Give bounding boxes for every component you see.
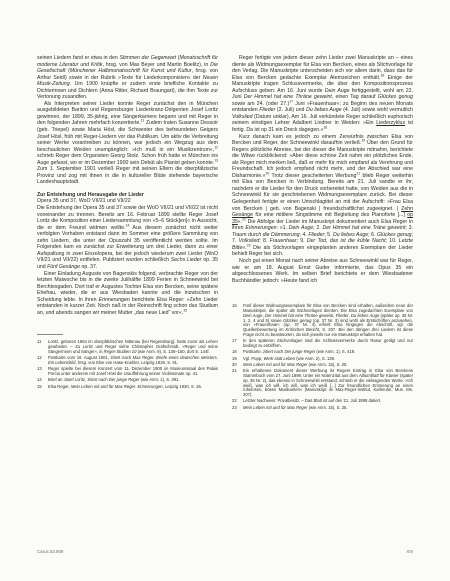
right-footnote-list: 16Fünf dieser Widmungsexemplare für Elsa…: [232, 304, 413, 410]
text-run: (wie Anm. 15), S. 25.: [307, 362, 347, 367]
text-run: ; 6.: [368, 232, 377, 238]
footnote-number: 19: [232, 357, 237, 362]
text-run: (wie Anm. 2), S. 139.: [295, 356, 335, 361]
text-run: Der Tod, das ist die kühle Nacht: [307, 238, 386, 244]
text-run: (wie Anm. 1), S. 419.: [315, 349, 355, 354]
text-run: blieb Reger weiterhin mit Elsa von Berck…: [232, 173, 413, 212]
text-run: Dein Auge: [325, 88, 350, 94]
text-run: Der junge Reger: [284, 349, 315, 354]
footnote-item: 20Mein Leben mit und für Max Reger (wie …: [232, 363, 413, 368]
text-run: schrieb Reger dem Organisten Georg Stolz…: [37, 153, 218, 166]
text-run: op. 37.: [80, 264, 97, 270]
page-content: seinen Liedern fand er etwa in den Stimm…: [37, 55, 413, 412]
text-run: sowie am 24. (oder 27.): [232, 101, 289, 107]
footnote-reference: 12: [214, 145, 218, 149]
text-run: Flieder: [259, 107, 275, 113]
text-run: Trotz dieser gescheiterten Werbung: [269, 173, 356, 179]
left-column: seinen Liedern fand er etwa in den Stimm…: [37, 55, 218, 412]
paragraph: seinen Liedern fand er etwa in den Stimm…: [37, 55, 218, 101]
text-run: Der Himmel hat eine Träne geweint: [322, 225, 405, 231]
text-run: Glückes genug: [378, 94, 413, 100]
right-column-body: Reger fertigte von jedem dieser zehn Lie…: [232, 55, 413, 284]
footnote-reference: 15: [183, 308, 187, 312]
catalog-number: Carus 52.809: [37, 549, 63, 554]
paragraph: Als Interpreten seiner Lieder konnte Reg…: [37, 101, 218, 186]
text-run: Frauenhaar: [270, 238, 297, 244]
text-run: Dein Auge: [289, 225, 313, 231]
text-run: Sechs Lieder: [171, 257, 202, 263]
text-run: Stimmen der Gegenwart: [119, 55, 176, 61]
footnote-number: 22: [232, 399, 237, 404]
footnote-item: 14Brief an Josef Loritz, zitiert nach De…: [37, 378, 218, 383]
text-run: Opera 35 und 37, WoO VII/21 und VII/22: [37, 198, 131, 204]
text-run: (wie Anm. 15), S. 25.: [307, 405, 347, 410]
text-run: , hrsg. von Max Beyer und Martin Boelitz…: [102, 62, 210, 68]
footnote-item: 17In den späteren Stichvorlagen sind die…: [232, 339, 413, 349]
text-run: Zur Entstehung und Herausgabe der Lieder: [37, 192, 144, 198]
footnote-number: 12: [37, 356, 42, 361]
paragraph: Reger fertigte von jedem dieser zehn Lie…: [232, 55, 413, 134]
footnote-item: 15Elsa Reger, Mein Leben mit und für Max…: [37, 385, 218, 390]
footnote-number: 18: [232, 350, 237, 355]
page-number: XIII: [406, 549, 413, 554]
text-run: Glückes genug: [377, 232, 412, 238]
text-run: (2. Juli) und: [275, 107, 306, 113]
text-run: , hrsg. von Else von Hase-Koehler, Leipz…: [75, 360, 178, 365]
text-run: Fünf dieser Widmungsexemplare für Elsa v…: [243, 303, 413, 313]
footnote-item: 21Ein erhaltenes Dokument dieser Werbung…: [232, 369, 413, 398]
text-run: : »1.: [276, 225, 288, 231]
text-run: Brief an Josef Loritz, zitiert nach: [48, 377, 109, 382]
footnote-number: 14: [37, 378, 42, 383]
left-column-body: seinen Liedern fand er etwa in den Stimm…: [37, 55, 218, 316]
page-footer: Carus 52.809 XIII: [37, 549, 413, 554]
text-run: Fünf Gesänge: [47, 264, 80, 270]
footnote-number: 23: [232, 406, 237, 411]
footnote-separator-rule: [37, 334, 63, 335]
text-run: ; 8.: [259, 238, 269, 244]
text-run: Der Himmel hat eine Thräne geweint: [244, 94, 332, 100]
footnote-number: 21: [232, 369, 237, 374]
text-run: seinen Liedern fand er etwa in den: [37, 55, 119, 61]
text-run: Zum 1. September 1901 verließ Reger mit …: [37, 166, 218, 185]
text-run: Du liebes Auge: [306, 107, 341, 113]
text-run: Erinnerungen: [245, 225, 276, 231]
paragraph: Einer Einladung Auguste von Bagenskis fo…: [37, 271, 218, 317]
text-run: Erinnerungen: [99, 297, 130, 303]
text-run: ; 10.: [386, 238, 399, 244]
text-run: Vgl. Popp,: [243, 356, 264, 361]
footnote-number: 15: [37, 385, 42, 390]
text-run: Du liebes Auge: [333, 232, 368, 238]
text-run: Die als Stichvorlagen eingeplanten ander…: [232, 245, 413, 258]
paragraph: Noch gut einen Monat nach seiner Abreise…: [232, 258, 413, 284]
footnote-number: 16: [232, 304, 237, 309]
footnote-number: 13: [37, 367, 42, 372]
text-run: ; 5.: [324, 232, 333, 238]
text-run: Der junge Reger: [109, 377, 140, 382]
text-run: (4. Juli) sowie wohl vermutlich: [342, 107, 413, 113]
text-run: , Leipzig 1930, S. 25.: [163, 384, 202, 389]
text-run: ; 3.: [405, 225, 413, 231]
text-run: Letzter Nachweis: Privatbesitz. – Das Bl…: [243, 398, 381, 403]
footnote-item: 22Letzter Nachweis: Privatbesitz. – Das …: [232, 399, 413, 404]
left-footnote-list: 11Loritz, geboren 1864 im oberpfälzische…: [37, 340, 218, 389]
text-run: (wie Anm. 1), S. 391.: [139, 377, 179, 382]
text-run: ; 9.: [296, 238, 306, 244]
footnote-item: 19Vgl. Popp, Werk statt Leben (wie Anm. …: [232, 357, 413, 362]
paragraph: Die Entstehung der Opera 35 und 37 sowie…: [37, 205, 218, 270]
text-run: Münchener Halbmonatsschrift für Kunst un…: [70, 68, 192, 74]
paragraph: Kurz danach kam es jedoch zu einem Zerwü…: [232, 134, 413, 258]
text-run: Traum durch die Dämmerung: [232, 232, 300, 238]
footnote-item: 12Postkarte vom 16. August 1901, zitiert…: [37, 356, 218, 366]
footnote-item: 11Loritz, geboren 1864 im oberpfälzische…: [37, 340, 218, 354]
footnote-item: 16Fünf dieser Widmungsexemplare für Elsa…: [232, 304, 413, 338]
text-run: für eine mittlere Singstimme mit Begleit…: [253, 212, 407, 218]
text-run: Flieder: [308, 232, 324, 238]
text-run: Reger spielte bei diesem Konzert vom 11.…: [48, 366, 218, 376]
text-run: Mein Leben mit und für Max Reger. Erinne…: [71, 384, 163, 389]
text-run: Noch gut einen Monat nach seiner Abreise…: [232, 258, 413, 284]
footnote-item: 13Reger spielte bei diesem Konzert vom 1…: [37, 367, 218, 377]
text-run: Elsa Reger,: [48, 384, 71, 389]
text-run: Mein Leben mit und für Max Reger: [243, 362, 307, 367]
text-run: Reger-Studien 10: [104, 349, 137, 354]
footnote-item: 18Postkarte, zitiert nach Der junge Rege…: [232, 350, 413, 355]
footnote-reference: 18: [323, 125, 327, 129]
text-run: Postkarte, zitiert nach: [243, 349, 284, 354]
text-run: (wie Anm. 9), S. 135–150, dort S. 144f.: [136, 349, 209, 354]
text-run: Werk statt Leben: [264, 356, 296, 361]
text-run: In den späteren Stichvorlagen sind die S…: [243, 338, 413, 348]
text-run: Liederzyklus: [376, 120, 405, 126]
footnote-item: 23Mein Leben mit und für Max Reger (wie …: [232, 406, 413, 411]
text-run: , einen Tag darauf: [332, 94, 378, 100]
footnote-number: 20: [232, 363, 237, 368]
right-column: Reger fertigte von jedem dieser zehn Lie…: [232, 55, 413, 412]
text-run: Volkslied: [232, 114, 253, 120]
footnote-reference: 13: [214, 158, 218, 162]
text-run: Mein Leben mit und für Max Reger: [243, 405, 307, 410]
footnote-number: 17: [232, 339, 237, 344]
footnote-number: 11: [37, 340, 41, 345]
document-page: seinen Liedern fand er etwa in den Stimm…: [0, 0, 450, 581]
